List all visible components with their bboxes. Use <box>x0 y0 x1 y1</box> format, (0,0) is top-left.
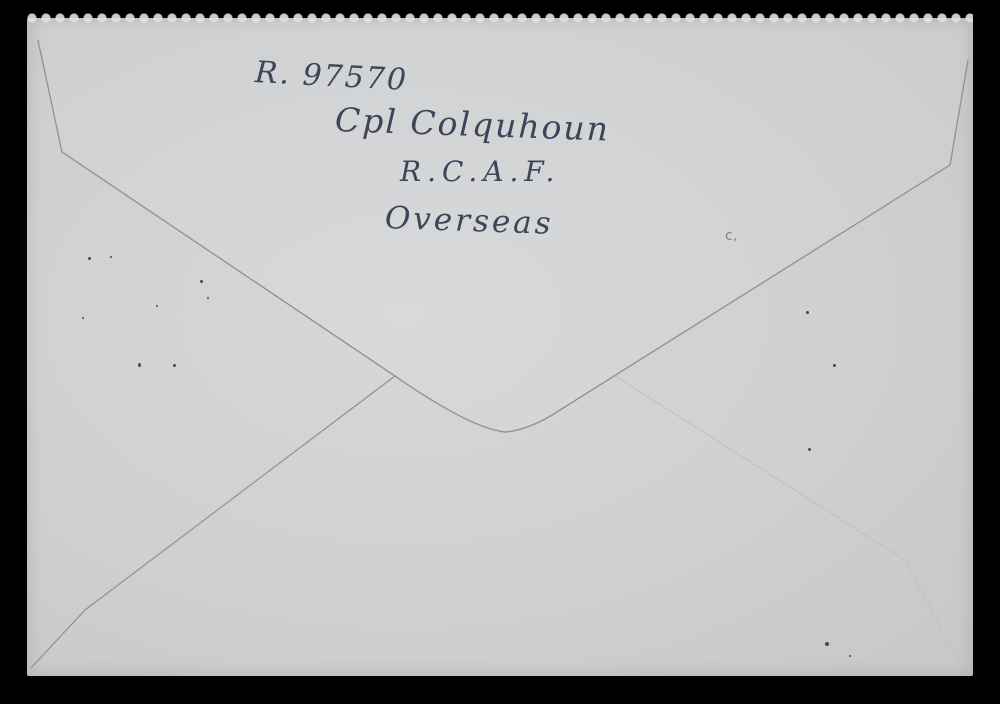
sender-unit: R.C.A.F. <box>400 155 560 188</box>
left-fold <box>31 376 395 668</box>
dirt-speck <box>808 448 811 451</box>
dirt-speck <box>156 305 158 307</box>
dirt-speck <box>849 655 851 657</box>
sender-location: Overseas <box>384 200 554 242</box>
dirt-speck <box>138 363 141 367</box>
dirt-speck <box>200 280 203 283</box>
dirt-speck <box>833 364 836 367</box>
dirt-speck <box>82 317 84 319</box>
dirt-speck <box>110 256 112 258</box>
dirt-speck <box>825 642 829 646</box>
pencil-mark: c, <box>725 228 737 244</box>
right-fold <box>615 376 962 668</box>
dirt-speck <box>806 311 809 314</box>
dirt-speck <box>207 297 209 299</box>
dirt-speck <box>88 257 91 260</box>
dirt-speck <box>173 364 176 367</box>
